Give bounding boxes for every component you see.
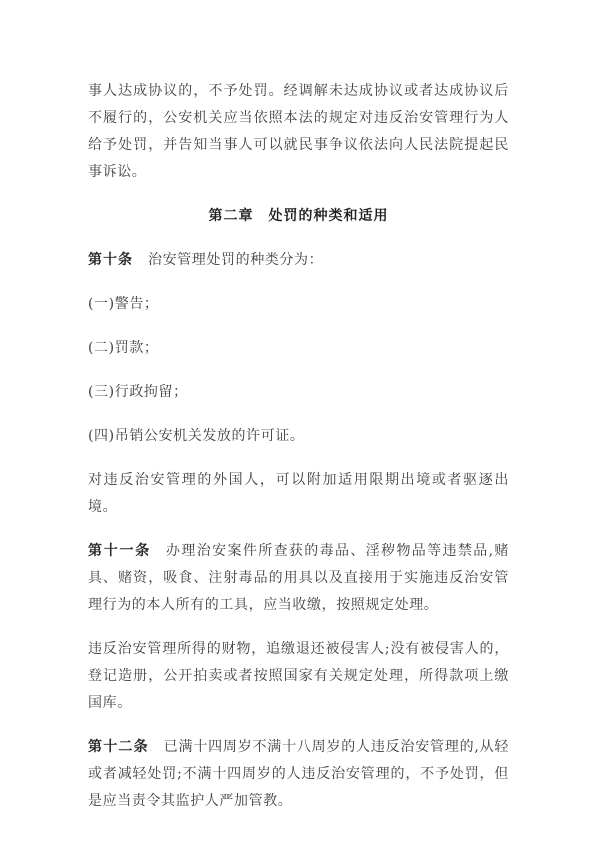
confiscation-paragraph: 违反治安管理所得的财物，追缴退还被侵害人;没有被侵害人的，登记造册，公开拍卖或者… (88, 636, 509, 717)
list-item-2: (二)罚款； (88, 335, 509, 362)
article-12: 第十二条已满十四周岁不满十八周岁的人违反治安管理的,从轻或者减轻处罚;不满十四周… (88, 734, 509, 815)
intro-paragraph: 事人达成协议的，不予处罚。经调解未达成协议或者达成协议后不履行的，公安机关应当依… (88, 78, 509, 186)
foreigners-paragraph: 对违反治安管理的外国人，可以附加适用限期出境或者驱逐出境。 (88, 467, 509, 521)
list-item-4: (四)吊销公安机关发放的许可证。 (88, 423, 509, 450)
list-item-3: (三)行政拘留； (88, 379, 509, 406)
article-11: 第十一条办理治安案件所查获的毒品、淫秽物品等违禁品,赌具、赌资，吸食、注射毒品的… (88, 538, 509, 619)
article-10-label: 第十条 (88, 252, 133, 268)
article-12-text: 已满十四周岁不满十八周岁的人违反治安管理的,从轻或者减轻处罚;不满十四周岁的人违… (88, 739, 509, 809)
document-content: 事人达成协议的，不予处罚。经调解未达成协议或者达成协议后不履行的，公安机关应当依… (88, 78, 509, 815)
article-11-label: 第十一条 (88, 543, 151, 559)
article-11-text: 办理治安案件所查获的毒品、淫秽物品等违禁品,赌具、赌资，吸食、注射毒品的用具以及… (88, 543, 509, 613)
chapter-heading: 第二章 处罚的种类和适用 (88, 203, 509, 230)
document-page: 事人达成协议的，不予处罚。经调解未达成协议或者达成协议后不履行的，公安机关应当依… (0, 0, 595, 841)
article-10: 第十条治安管理处罚的种类分为： (88, 247, 509, 274)
article-10-text: 治安管理处罚的种类分为： (148, 252, 323, 268)
article-12-label: 第十二条 (88, 739, 149, 755)
list-item-1: (一)警告； (88, 291, 509, 318)
